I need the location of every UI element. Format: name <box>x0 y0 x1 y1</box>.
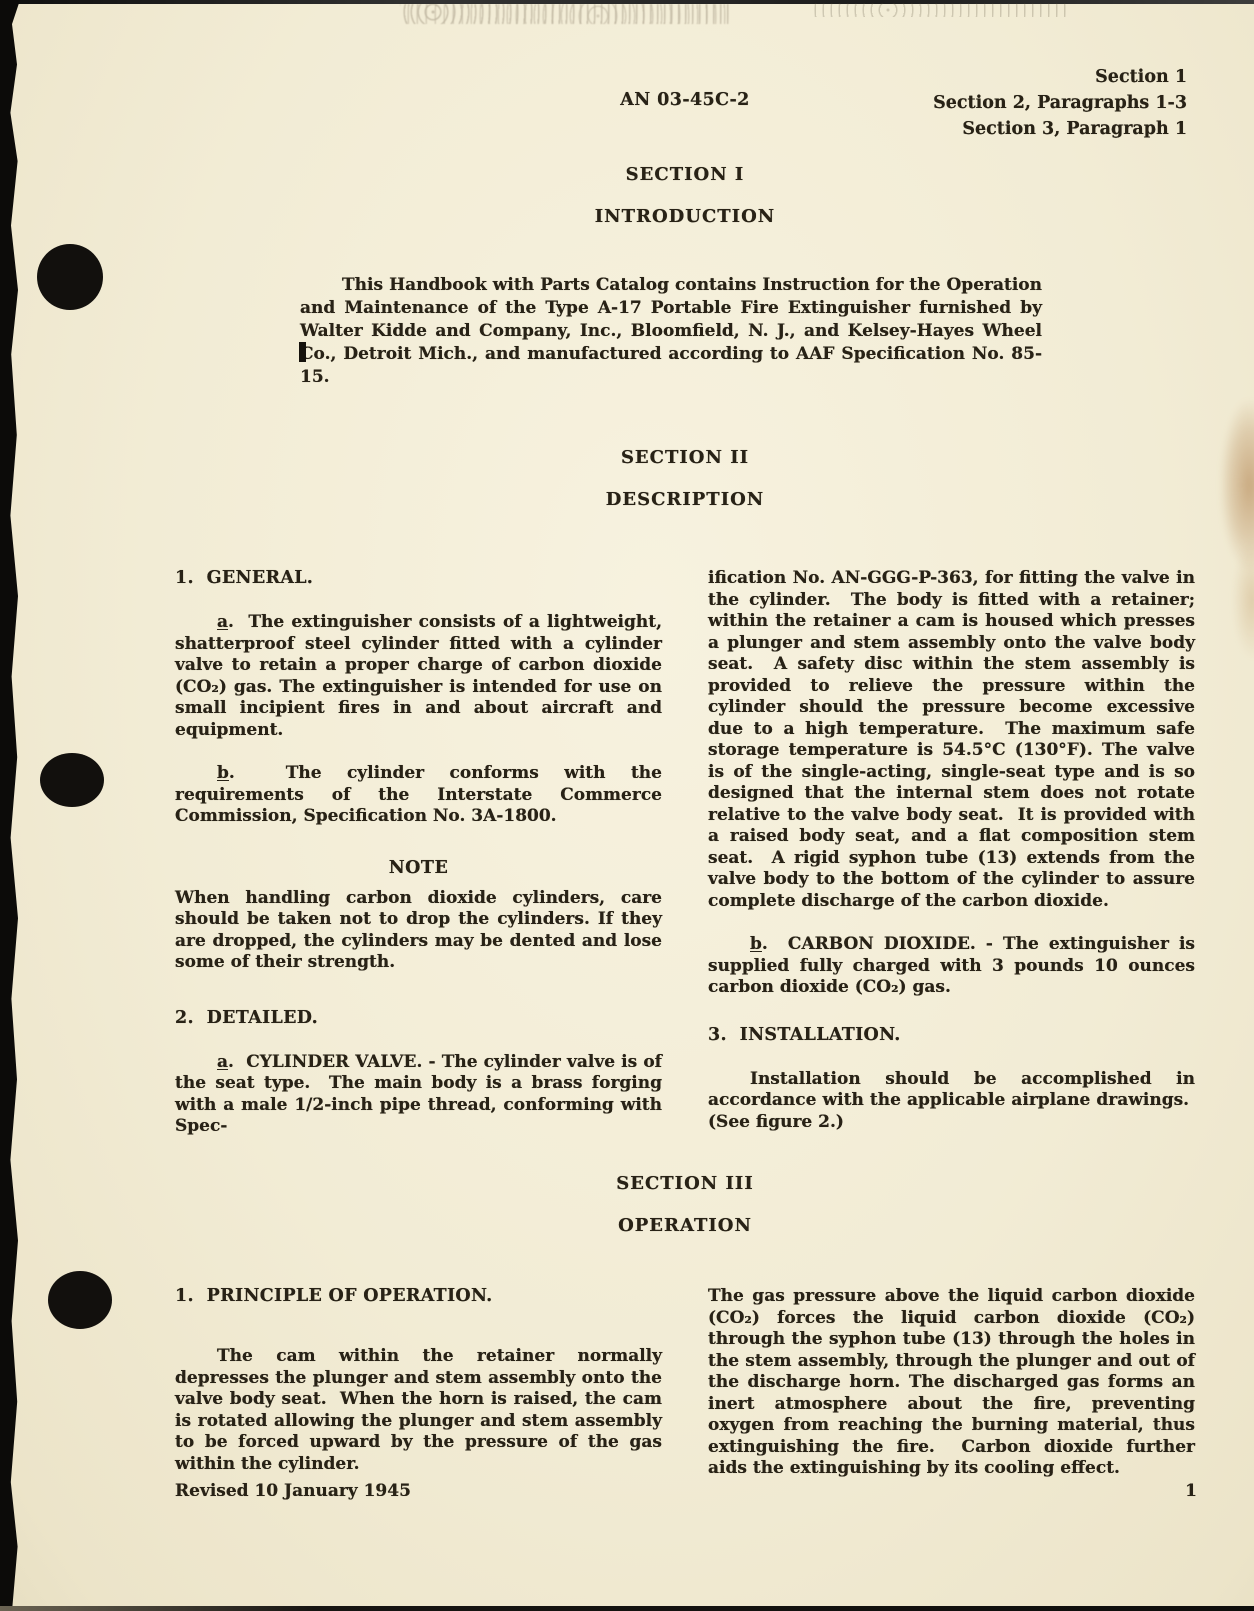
section-1-title: SECTION I <box>175 164 1195 185</box>
paragraph-letter: a <box>217 612 228 632</box>
paper-stain <box>1232 540 1254 660</box>
section-3-title: SECTION III <box>175 1173 1195 1194</box>
detailed-heading: 2. DETAILED. <box>175 1008 662 1028</box>
scan-smudge <box>400 4 730 24</box>
section-3-left-column: 1. PRINCIPLE OF OPERATION. The cam withi… <box>175 1286 662 1480</box>
section-2-right-column: ification No. AN-GGG-P-363, for fitting … <box>708 568 1195 1138</box>
paragraph-letter: b <box>750 934 762 954</box>
general-paragraph-a: a. The extinguisher consists of a lightw… <box>175 612 662 741</box>
installation-paragraph: Installation should be accomplished in a… <box>708 1069 1195 1134</box>
section-3-subtitle: OPERATION <box>175 1215 1195 1236</box>
detailed-paragraph-a: a. CYLINDER VALVE. - The cylinder valve … <box>175 1052 662 1138</box>
punch-hole-1 <box>37 244 103 310</box>
section-references: Section 1 Section 2, Paragraphs 1-3 Sect… <box>933 64 1187 142</box>
section-2-heading: SECTION II DESCRIPTION <box>175 447 1195 510</box>
note-paragraph: When handling carbon dioxide cylinders, … <box>175 888 662 974</box>
section-reference: Section 2, Paragraphs 1-3 <box>933 90 1187 116</box>
section-reference: Section 1 <box>933 64 1187 90</box>
paragraph-letter: b <box>217 763 229 783</box>
section-2-subtitle: DESCRIPTION <box>175 489 1195 510</box>
note-heading: NOTE <box>175 858 662 878</box>
revision-date: Revised 10 January 1945 <box>175 1481 411 1501</box>
section-3-right-column: The gas pressure above the liquid carbon… <box>708 1286 1195 1480</box>
section-1-subtitle: INTRODUCTION <box>175 206 1195 227</box>
principle-paragraph-right: The gas pressure above the liquid carbon… <box>708 1286 1195 1480</box>
installation-heading: 3. INSTALLATION. <box>708 1025 1195 1045</box>
principle-heading: 1. PRINCIPLE OF OPERATION. <box>175 1286 662 1306</box>
page-number: 1 <box>1185 1481 1197 1501</box>
section-1-heading: SECTION I INTRODUCTION <box>175 164 1195 227</box>
section-2-title: SECTION II <box>175 447 1195 468</box>
revision-change-bar <box>299 342 306 362</box>
section-reference: Section 3, Paragraph 1 <box>933 116 1187 142</box>
carbon-dioxide-paragraph: b. CARBON DIOXIDE. - The extinguisher is… <box>708 934 1195 999</box>
section-3-columns: 1. PRINCIPLE OF OPERATION. The cam withi… <box>175 1286 1195 1480</box>
page-header: AN 03-45C-2 Section 1 Section 2, Paragra… <box>175 64 1195 144</box>
manual-page: AN 03-45C-2 Section 1 Section 2, Paragra… <box>0 0 1254 1611</box>
introduction-paragraph: This Handbook with Parts Catalog contain… <box>300 274 1042 389</box>
scan-bottom-edge <box>0 1606 1254 1611</box>
section-2-columns: 1. GENERAL. a. The extinguisher consists… <box>175 568 1195 1138</box>
paragraph-letter: a <box>217 1052 228 1072</box>
section-3-heading: SECTION III OPERATION <box>175 1173 1195 1236</box>
punch-hole-3 <box>48 1271 112 1329</box>
punch-hole-2 <box>40 753 104 807</box>
principle-paragraph-left: The cam within the retainer normally dep… <box>175 1346 662 1475</box>
binding-edge <box>0 0 20 1611</box>
general-paragraph-b: b. The cylinder conforms with the requir… <box>175 763 662 828</box>
page-footer: Revised 10 January 1945 1 <box>175 1481 1197 1501</box>
section-2-left-column: 1. GENERAL. a. The extinguisher consists… <box>175 568 662 1138</box>
detailed-paragraph-a-continuation: ification No. AN-GGG-P-363, for fitting … <box>708 568 1195 912</box>
scan-smudge <box>810 3 1070 17</box>
general-heading: 1. GENERAL. <box>175 568 662 588</box>
